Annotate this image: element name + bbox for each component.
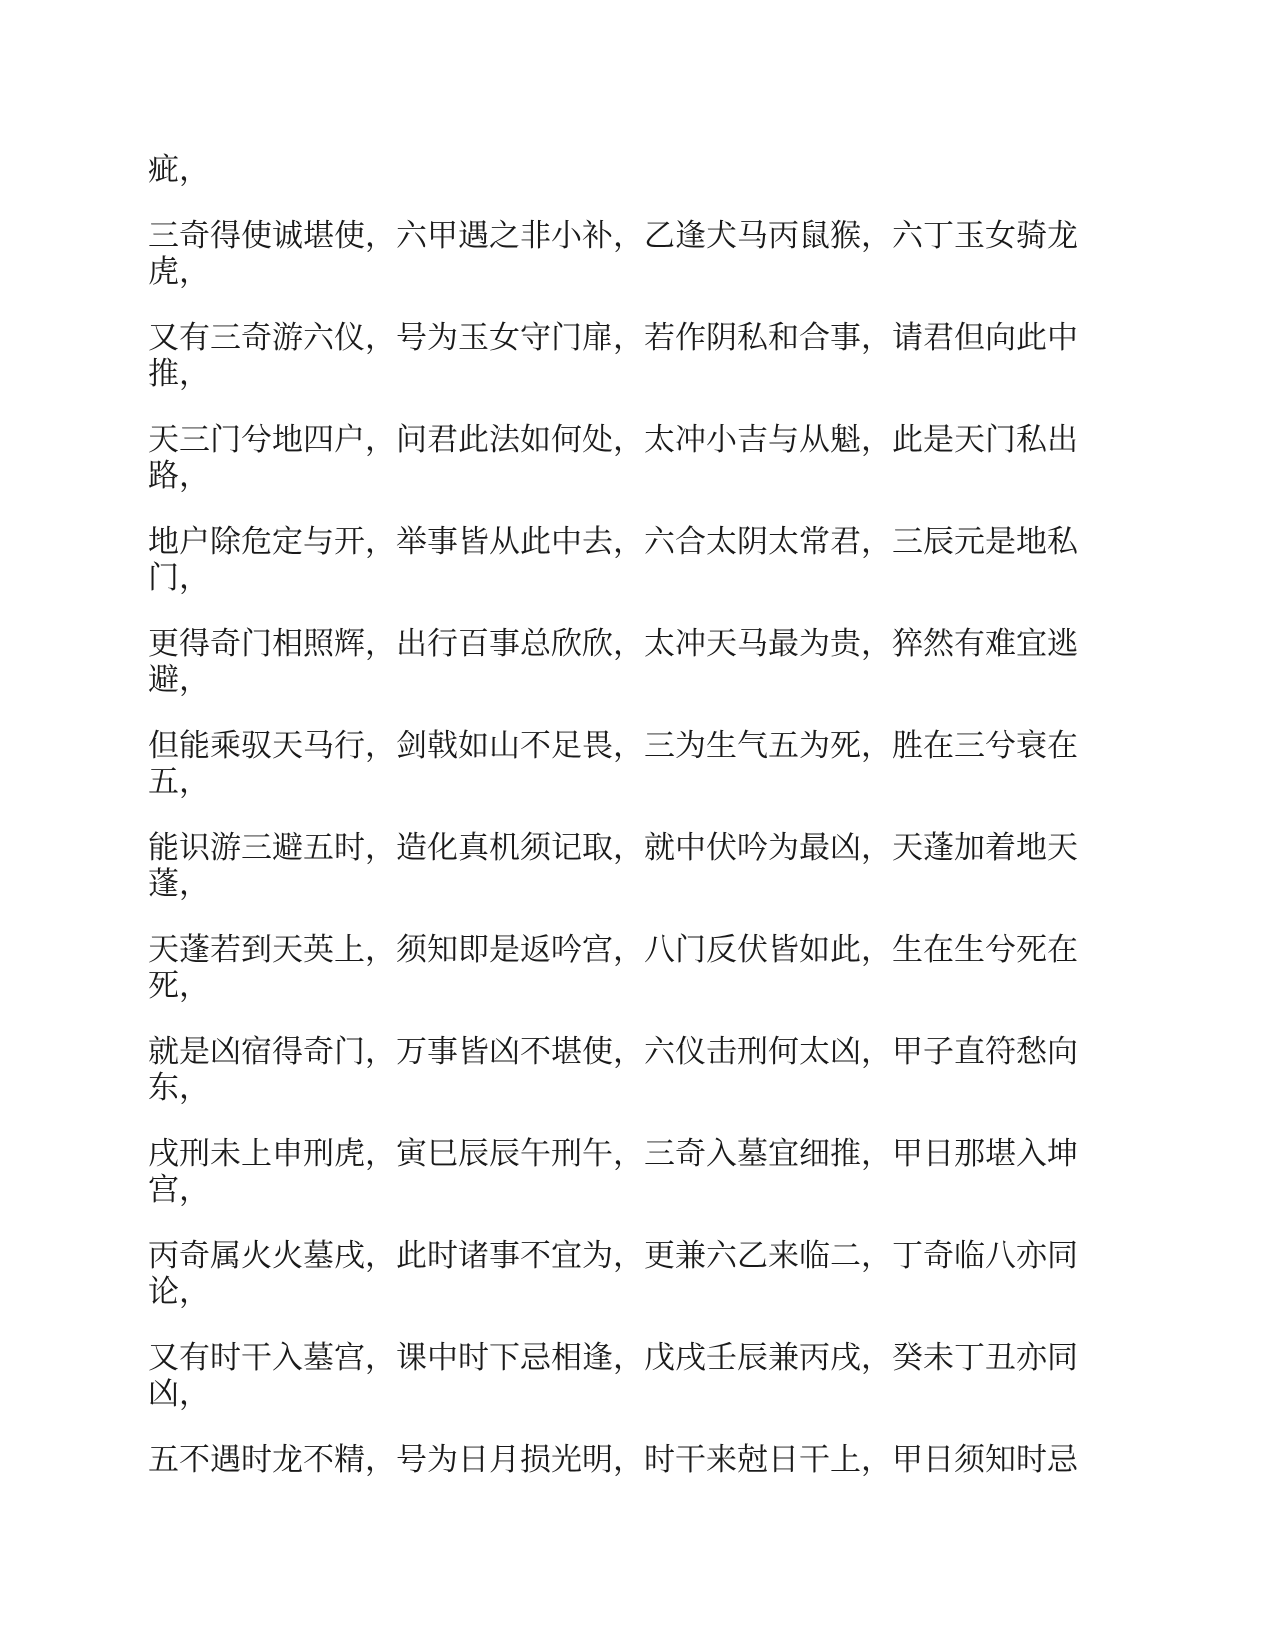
text-line: 疵， — [148, 152, 1108, 188]
text-line: 论， — [148, 1274, 1108, 1310]
text-line: 五不遇时龙不精，号为日月损光明，时干来尅日干上，甲日须知时忌 — [148, 1442, 1108, 1478]
paragraph: 又有时干入墓宫，课中时下忌相逢，戊戌壬辰兼丙戌，癸未丁丑亦同 凶， — [148, 1340, 1108, 1412]
paragraph: 能识游三避五时，造化真机须记取，就中伏吟为最凶，天蓬加着地天 蓬， — [148, 830, 1108, 902]
paragraph: 地户除危定与开，举事皆从此中去，六合太阴太常君，三辰元是地私 门， — [148, 524, 1108, 596]
paragraph: 就是凶宿得奇门，万事皆凶不堪使，六仪击刑何太凶，甲子直符愁向 东， — [148, 1034, 1108, 1106]
text-line: 三奇得使诚堪使，六甲遇之非小补，乙逢犬马丙鼠猴，六丁玉女骑龙 — [148, 218, 1108, 254]
paragraph: 更得奇门相照辉，出行百事总欣欣，太冲天马最为贵，猝然有难宜逃 避， — [148, 626, 1108, 698]
paragraph: 丙奇属火火墓戌，此时诸事不宜为，更兼六乙来临二，丁奇临八亦同 论， — [148, 1238, 1108, 1310]
text-line: 天蓬若到天英上，须知即是返吟宫，八门反伏皆如此，生在生兮死在 — [148, 932, 1108, 968]
paragraph: 天三门兮地四户，问君此法如何处，太冲小吉与从魁，此是天门私出 路， — [148, 422, 1108, 494]
paragraph: 天蓬若到天英上，须知即是返吟宫，八门反伏皆如此，生在生兮死在 死， — [148, 932, 1108, 1004]
paragraph: 五不遇时龙不精，号为日月损光明，时干来尅日干上，甲日须知时忌 — [148, 1442, 1108, 1478]
text-line: 门， — [148, 560, 1108, 596]
text-line: 能识游三避五时，造化真机须记取，就中伏吟为最凶，天蓬加着地天 — [148, 830, 1108, 866]
paragraph: 疵， — [148, 152, 1108, 188]
text-line: 东， — [148, 1070, 1108, 1106]
text-line: 避， — [148, 662, 1108, 698]
text-line: 蓬， — [148, 866, 1108, 902]
text-line: 戌刑未上申刑虎，寅巳辰辰午刑午，三奇入墓宜细推，甲日那堪入坤 — [148, 1136, 1108, 1172]
text-line: 丙奇属火火墓戌，此时诸事不宜为，更兼六乙来临二，丁奇临八亦同 — [148, 1238, 1108, 1274]
paragraph: 戌刑未上申刑虎，寅巳辰辰午刑午，三奇入墓宜细推，甲日那堪入坤 宫， — [148, 1136, 1108, 1208]
paragraph: 三奇得使诚堪使，六甲遇之非小补，乙逢犬马丙鼠猴，六丁玉女骑龙 虎， — [148, 218, 1108, 290]
paragraph: 但能乘驭天马行，剑戟如山不足畏，三为生气五为死，胜在三兮衰在 五， — [148, 728, 1108, 800]
text-line: 宫， — [148, 1172, 1108, 1208]
text-line: 路， — [148, 458, 1108, 494]
text-body: 疵， 三奇得使诚堪使，六甲遇之非小补，乙逢犬马丙鼠猴，六丁玉女骑龙 虎， 又有三… — [148, 152, 1108, 1508]
paragraph: 又有三奇游六仪，号为玉女守门扉，若作阴私和合事，请君但向此中 推， — [148, 320, 1108, 392]
text-line: 五， — [148, 764, 1108, 800]
text-line: 死， — [148, 968, 1108, 1004]
text-line: 地户除危定与开，举事皆从此中去，六合太阴太常君，三辰元是地私 — [148, 524, 1108, 560]
document-page: 疵， 三奇得使诚堪使，六甲遇之非小补，乙逢犬马丙鼠猴，六丁玉女骑龙 虎， 又有三… — [0, 0, 1275, 1650]
text-line: 虎， — [148, 254, 1108, 290]
text-line: 但能乘驭天马行，剑戟如山不足畏，三为生气五为死，胜在三兮衰在 — [148, 728, 1108, 764]
text-line: 更得奇门相照辉，出行百事总欣欣，太冲天马最为贵，猝然有难宜逃 — [148, 626, 1108, 662]
text-line: 又有三奇游六仪，号为玉女守门扉，若作阴私和合事，请君但向此中 — [148, 320, 1108, 356]
text-line: 又有时干入墓宫，课中时下忌相逢，戊戌壬辰兼丙戌，癸未丁丑亦同 — [148, 1340, 1108, 1376]
text-line: 就是凶宿得奇门，万事皆凶不堪使，六仪击刑何太凶，甲子直符愁向 — [148, 1034, 1108, 1070]
text-line: 凶， — [148, 1376, 1108, 1412]
text-line: 天三门兮地四户，问君此法如何处，太冲小吉与从魁，此是天门私出 — [148, 422, 1108, 458]
text-line: 推， — [148, 356, 1108, 392]
